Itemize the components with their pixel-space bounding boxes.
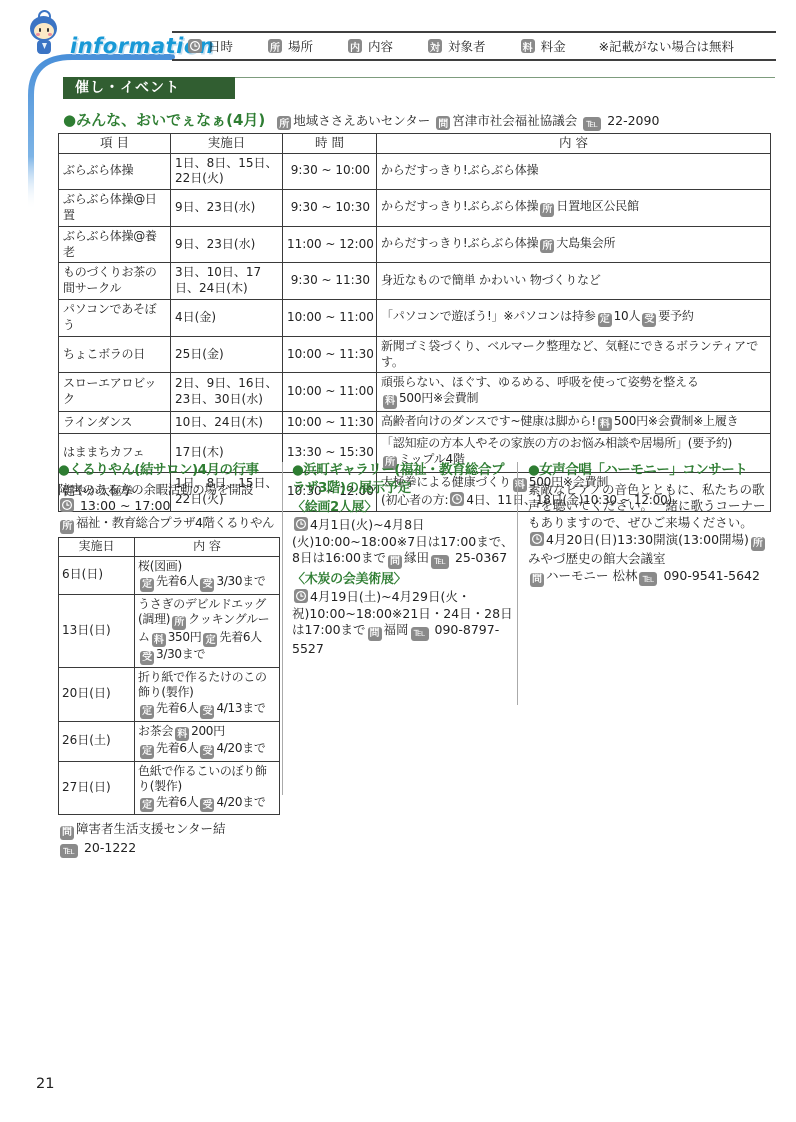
cell-time: 10:00 ~ 11:00 <box>283 300 377 337</box>
event-schedule-table: 項 目 実施日 時 間 内 容 ぶらぶら体操1日、8日、15日、22日(火)9:… <box>58 133 771 512</box>
cell-date: 25日(金) <box>171 336 283 373</box>
inquiry-icon: 問 <box>530 573 544 587</box>
reception-icon: 受 <box>140 651 154 665</box>
table-row: ぶらぶら体操@日置9日、23日(水)9:30 ~ 10:30からだすっきり!ぶら… <box>59 190 771 227</box>
fee-icon: 料 <box>383 395 397 409</box>
tel-icon: ℡ <box>583 117 601 131</box>
tel-icon: ℡ <box>60 844 78 858</box>
cell-content: 新聞ゴミ袋づくり、ベルマーク整理など、気軽にできるボランティアです。 <box>377 336 771 373</box>
legend-item-datetime: 日時 <box>186 37 233 55</box>
cell-date: 27日(日) <box>59 761 135 815</box>
inquiry-icon: 問 <box>60 826 74 840</box>
page-number: 21 <box>36 1076 54 1092</box>
column2-body-2: 4月19日(土)~4月29日(火・祝)10:00~18:00※21日・24日・2… <box>292 589 514 658</box>
column3-title: ●女声合唱「ハーモニー」コンサート <box>528 462 771 480</box>
cell-time: 9:30 ~ 11:30 <box>283 263 377 300</box>
cell-item: スローエアロビック <box>59 373 171 411</box>
column3-desc: 素敵なピアノの音色とともに、私たちの歌声を聴いてください。一緒に歌うコーナーもあ… <box>528 482 771 533</box>
kururiyan-schedule-table: 実施日 内 容 6日(日)桜(図画) 定先着6人受3/30まで13日(日)うさぎ… <box>58 537 280 815</box>
column2-title: ●浜町ギャラリー(福祉・教育総合プラザ3階)の展示予定 <box>292 462 514 497</box>
cell-date: 13日(日) <box>59 594 135 667</box>
legend-bar: 日時所場所内内容対対象者料料金 ※記載がない場合は無料 <box>172 31 776 61</box>
inquiry-icon: 問 <box>436 116 450 130</box>
table-row: 6日(日)桜(図画) 定先着6人受3/30まで <box>59 556 280 594</box>
capacity-icon: 定 <box>140 798 154 812</box>
capacity-icon: 定 <box>140 705 154 719</box>
table-row: ぶらぶら体操1日、8日、15日、22日(火)9:30 ~ 10:00からだすっき… <box>59 153 771 190</box>
event1-title: ●みんな、おいでぇなぁ(4月) <box>63 111 265 129</box>
cell-item: パソコンであそぼう <box>59 300 171 337</box>
place-icon: 所 <box>172 616 186 630</box>
capacity-icon: 定 <box>203 633 217 647</box>
column1-contact: 問障害者生活支援センター結 ℡ 20-1222 <box>58 821 280 858</box>
cell-time: 11:00 ~ 12:00 <box>283 226 377 263</box>
cell-item: ちょこボラの日 <box>59 336 171 373</box>
capacity-icon: 定 <box>140 745 154 759</box>
section-header: 催し・イベント <box>63 77 235 99</box>
column1-place: 所福祉・教育総合プラザ4階くるりやん <box>58 515 280 534</box>
clock-icon <box>294 517 308 531</box>
column1-time: 13:00 ~ 17:00 <box>58 498 280 515</box>
event1-title-row: ●みんな、おいでぇなぁ(4月)所地域ささえあいセンター 問宮津市社会福祉協議会 … <box>63 109 775 131</box>
cell-content: からだすっきり!ぶらぶら体操所日置地区公民館 <box>377 190 771 227</box>
column1-title: ●くるりやん(結サロン)4月の行事 <box>58 462 280 480</box>
col-header-date: 実施日 <box>171 134 283 154</box>
legend-item-label: 日時 <box>208 37 233 55</box>
tel-icon: ℡ <box>639 572 657 586</box>
legend-note: ※記載がない場合は無料 <box>599 37 734 55</box>
cell-content: 色紙で作るこいのぼり飾り(製作) 定先着6人受4/20まで <box>135 761 280 815</box>
cell-date: 2日、9日、16日、23日、30日(水) <box>171 373 283 411</box>
place-icon: 所 <box>60 520 74 534</box>
cell-content: お茶会料200円 定先着6人受4/20まで <box>135 721 280 761</box>
legend-item-label: 対象者 <box>448 37 486 55</box>
cell-content: からだすっきり!ぶらぶら体操所大島集会所 <box>377 226 771 263</box>
cell-date: 3日、10日、17日、24日(木) <box>171 263 283 300</box>
col-header-content: 内 容 <box>377 134 771 154</box>
fee-icon: 料 <box>598 417 612 431</box>
place-icon: 所 <box>268 39 282 53</box>
inquiry-icon: 問 <box>388 555 402 569</box>
fee-icon: 料 <box>521 39 535 53</box>
cell-content: 高齢者向けのダンスです~健康は脚から!料500円※会費制※上履き <box>377 411 771 434</box>
table-row: 27日(日)色紙で作るこいのぼり飾り(製作) 定先着6人受4/20まで <box>59 761 280 815</box>
column-kururiyan: ●くるりやん(結サロン)4月の行事 障害のある方の余暇活動の場を開設 13:00… <box>58 462 280 858</box>
fee-icon: 料 <box>152 633 166 647</box>
legend-item-label: 料金 <box>541 37 566 55</box>
table-row: ちょこボラの日25日(金)10:00 ~ 11:30新聞ゴミ袋づくり、ベルマーク… <box>59 336 771 373</box>
table-row: パソコンであそぼう4日(金)10:00 ~ 11:00「パソコンで遊ぼう!」※パ… <box>59 300 771 337</box>
table-row: ぶらぶら体操@養老9日、23日(水)11:00 ~ 12:00からだすっきり!ぶ… <box>59 226 771 263</box>
table-row: 13日(日)うさぎのデビルドエッグ(調理)所クッキングルーム料350円定先着6人… <box>59 594 280 667</box>
legend-item-所: 所場所 <box>266 37 313 55</box>
place-icon: 所 <box>540 239 554 253</box>
capacity-icon: 定 <box>598 313 612 327</box>
mascot-logo <box>24 12 72 66</box>
reception-icon: 受 <box>200 578 214 592</box>
column3-body: 4月20日(日)13:30開演(13:00開場)所みやづ歴史の館大会議室 問ハー… <box>528 532 771 586</box>
cell-content: 「パソコンで遊ぼう!」※パソコンは持参定10人受要予約 <box>377 300 771 337</box>
reception-icon: 受 <box>200 798 214 812</box>
cell-time: 9:30 ~ 10:00 <box>283 153 377 190</box>
column-divider-2 <box>517 462 518 705</box>
cell-content: 身近なもので簡単 かわいい 物づくりなど <box>377 263 771 300</box>
clock-icon <box>530 532 544 546</box>
reception-icon: 受 <box>200 705 214 719</box>
cell-date: 4日(金) <box>171 300 283 337</box>
legend-item-label: 場所 <box>288 37 313 55</box>
column2-body-1: 4月1日(火)~4月8日(火)10:00~18:00※7日は17:00まで、8日… <box>292 517 514 570</box>
table-row: 26日(土)お茶会料200円 定先着6人受4/20まで <box>59 721 280 761</box>
lower-columns: ●くるりやん(結サロン)4月の行事 障害のある方の余暇活動の場を開設 13:00… <box>58 462 773 858</box>
column2-subheading-1: 〈絵画2人展〉 <box>292 499 514 517</box>
cell-content: 桜(図画) 定先着6人受3/30まで <box>135 556 280 594</box>
legend-item-対: 対対象者 <box>426 37 486 55</box>
cell-date: 20日(日) <box>59 667 135 721</box>
col-header-date: 実施日 <box>59 538 135 557</box>
cell-time: 10:00 ~ 11:00 <box>283 373 377 411</box>
clock-icon <box>188 39 202 53</box>
cell-content: 折り紙で作るたけのこの飾り(製作) 定先着6人受4/13まで <box>135 667 280 721</box>
audience-icon: 対 <box>428 39 442 53</box>
place-icon: 所 <box>540 203 554 217</box>
content-icon: 内 <box>348 39 362 53</box>
legend-item-内: 内内容 <box>346 37 393 55</box>
column-concert: ●女声合唱「ハーモニー」コンサート 素敵なピアノの音色とともに、私たちの歌声を聴… <box>528 462 771 587</box>
place-icon: 所 <box>277 116 291 130</box>
newsletter-page: information 日時所場所内内容対対象者料料金 ※記載がない場合は無料 … <box>0 0 796 1122</box>
table-header-row: 実施日 内 容 <box>59 538 280 557</box>
table-header-row: 項 目 実施日 時 間 内 容 <box>59 134 771 154</box>
table-row: ラインダンス10日、24日(木)10:00 ~ 11:30高齢者向けのダンスです… <box>59 411 771 434</box>
cell-item: ものづくりお茶の間サークル <box>59 263 171 300</box>
tel-icon: ℡ <box>431 555 449 569</box>
cell-content: からだすっきり!ぶらぶら体操 <box>377 153 771 190</box>
cell-item: ぶらぶら体操 <box>59 153 171 190</box>
place-icon: 所 <box>751 537 765 551</box>
cell-time: 10:00 ~ 11:30 <box>283 336 377 373</box>
cell-item: ぶらぶら体操@養老 <box>59 226 171 263</box>
column-divider-1 <box>282 462 283 795</box>
col-header-item: 項 目 <box>59 134 171 154</box>
cell-content: うさぎのデビルドエッグ(調理)所クッキングルーム料350円定先着6人 受3/30… <box>135 594 280 667</box>
column2-subheading-2: 〈木炭の会美術展〉 <box>292 571 514 589</box>
mascot-face <box>34 23 54 39</box>
cell-date: 9日、23日(水) <box>171 226 283 263</box>
cell-item: ぶらぶら体操@日置 <box>59 190 171 227</box>
legend-item-label: 内容 <box>368 37 393 55</box>
cell-date: 6日(日) <box>59 556 135 594</box>
cell-time: 10:00 ~ 11:30 <box>283 411 377 434</box>
cell-time: 9:30 ~ 10:30 <box>283 190 377 227</box>
reception-icon: 受 <box>200 745 214 759</box>
cell-date: 9日、23日(水) <box>171 190 283 227</box>
reception-icon: 受 <box>642 313 656 327</box>
legend-item-料: 料料金 <box>519 37 566 55</box>
fee-icon: 料 <box>175 727 189 741</box>
table-row: 20日(日)折り紙で作るたけのこの飾り(製作) 定先着6人受4/13まで <box>59 667 280 721</box>
cell-date: 10日、24日(木) <box>171 411 283 434</box>
clock-icon <box>60 498 74 512</box>
table-row: ものづくりお茶の間サークル3日、10日、17日、24日(木)9:30 ~ 11:… <box>59 263 771 300</box>
clock-icon <box>294 589 308 603</box>
table-row: スローエアロビック2日、9日、16日、23日、30日(水)10:00 ~ 11:… <box>59 373 771 411</box>
cell-date: 26日(土) <box>59 721 135 761</box>
cell-content: 頑張らない、ほぐす、ゆるめる、呼吸を使って姿勢を整える 料500円※会費制 <box>377 373 771 411</box>
col-header-content: 内 容 <box>135 538 280 557</box>
cell-date: 1日、8日、15日、22日(火) <box>171 153 283 190</box>
column1-desc: 障害のある方の余暇活動の場を開設 <box>58 482 280 499</box>
event1-contact-info: 所地域ささえあいセンター 問宮津市社会福祉協議会 ℡ 22-2090 <box>275 113 659 128</box>
capacity-icon: 定 <box>140 578 154 592</box>
col-header-time: 時 間 <box>283 134 377 154</box>
inquiry-icon: 問 <box>368 627 382 641</box>
column-gallery: ●浜町ギャラリー(福祉・教育総合プラザ3階)の展示予定 〈絵画2人展〉 4月1日… <box>292 462 514 658</box>
cell-item: ラインダンス <box>59 411 171 434</box>
tel-icon: ℡ <box>411 627 429 641</box>
